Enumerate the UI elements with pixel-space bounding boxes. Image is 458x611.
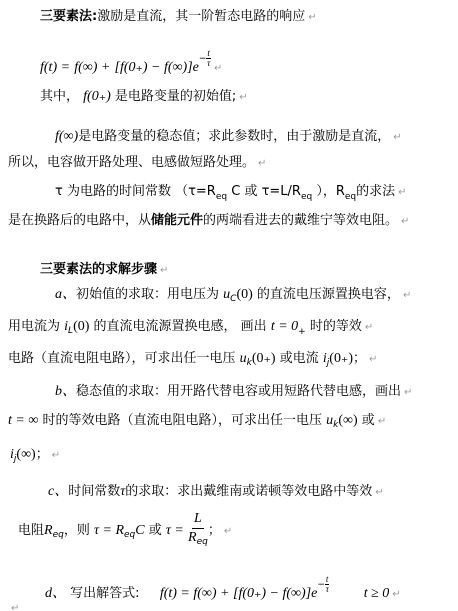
section1-intro: 三要素法:激励是直流，其一阶暂态电路的响应↵ <box>40 9 317 26</box>
solution-formula: f(t) = f(∞) + [f(0₊) − f(∞)] <box>160 586 311 601</box>
section1-heading: 三要素法: <box>40 9 97 24</box>
step-a-line2: 用电流为 iL(0) 的直流电流源置换电感， 画出 t = 0+ 时的等效↵ <box>8 319 373 340</box>
section2-heading: 三要素法的求解步骤↵ <box>40 262 168 279</box>
step-c-line1: c、时间常数τ的求取：求出戴维南或诺顿等效电路中等效↵ <box>48 484 384 501</box>
fraction-L-over-Req: LReq <box>188 510 208 551</box>
step-b-line1: b、稳态值的求取：用开路代替电容或用短路代替电感，画出↵ <box>55 384 412 401</box>
step-a-line1: a、初始值的求取：用电压为 uC(0) 的直流电压源置换电容，↵ <box>55 287 411 307</box>
time-condition: t ≥ 0 <box>364 586 390 601</box>
step-a-line3: 电路（直流电阻电路），可求出任一电压 uk(0₊) 或电流 ij(0₊)；↵ <box>8 351 377 371</box>
initial-value-line: 其中， f(0₊) 是电路变量的初始值;↵ <box>40 89 248 106</box>
steady-value-line: f(∞)是电路变量的稳态值；求此参数时，由于激励是直流，↵ <box>55 129 402 146</box>
time-constant-continuation: 是在换路后的电路中，从储能元件的两端看进去的戴维宁等效电阻。↵ <box>8 213 409 230</box>
energy-storage-element: 储能元件 <box>151 213 203 228</box>
time-constant-line: τ 为电路的时间常数 （τ=Req C 或 τ=L/Req ），Req的求法↵ <box>55 184 407 205</box>
step-b-line3: ij(∞)；↵ <box>10 447 60 467</box>
empty-paragraph: ↵ <box>8 600 19 611</box>
steady-value-continuation: 所以，电容做开路处理、电感做短路处理。↵ <box>8 155 266 172</box>
step-c-line2: 电阻Req，则 τ = ReqC 或 τ = LReq；↵ <box>18 510 232 555</box>
step-b-line2: t = ∞ 时的等效电路（直流电阻电路），可求出任一电压 uk(∞) 或↵ <box>8 413 386 433</box>
step-d-line: d、 写出解答式: f(t) = f(∞) + [f(0₊) − f(∞)]e−… <box>45 574 401 606</box>
main-formula: f(t) = f(∞) + [f(0₊) − f(∞)]e−tτ↵ <box>40 48 222 80</box>
